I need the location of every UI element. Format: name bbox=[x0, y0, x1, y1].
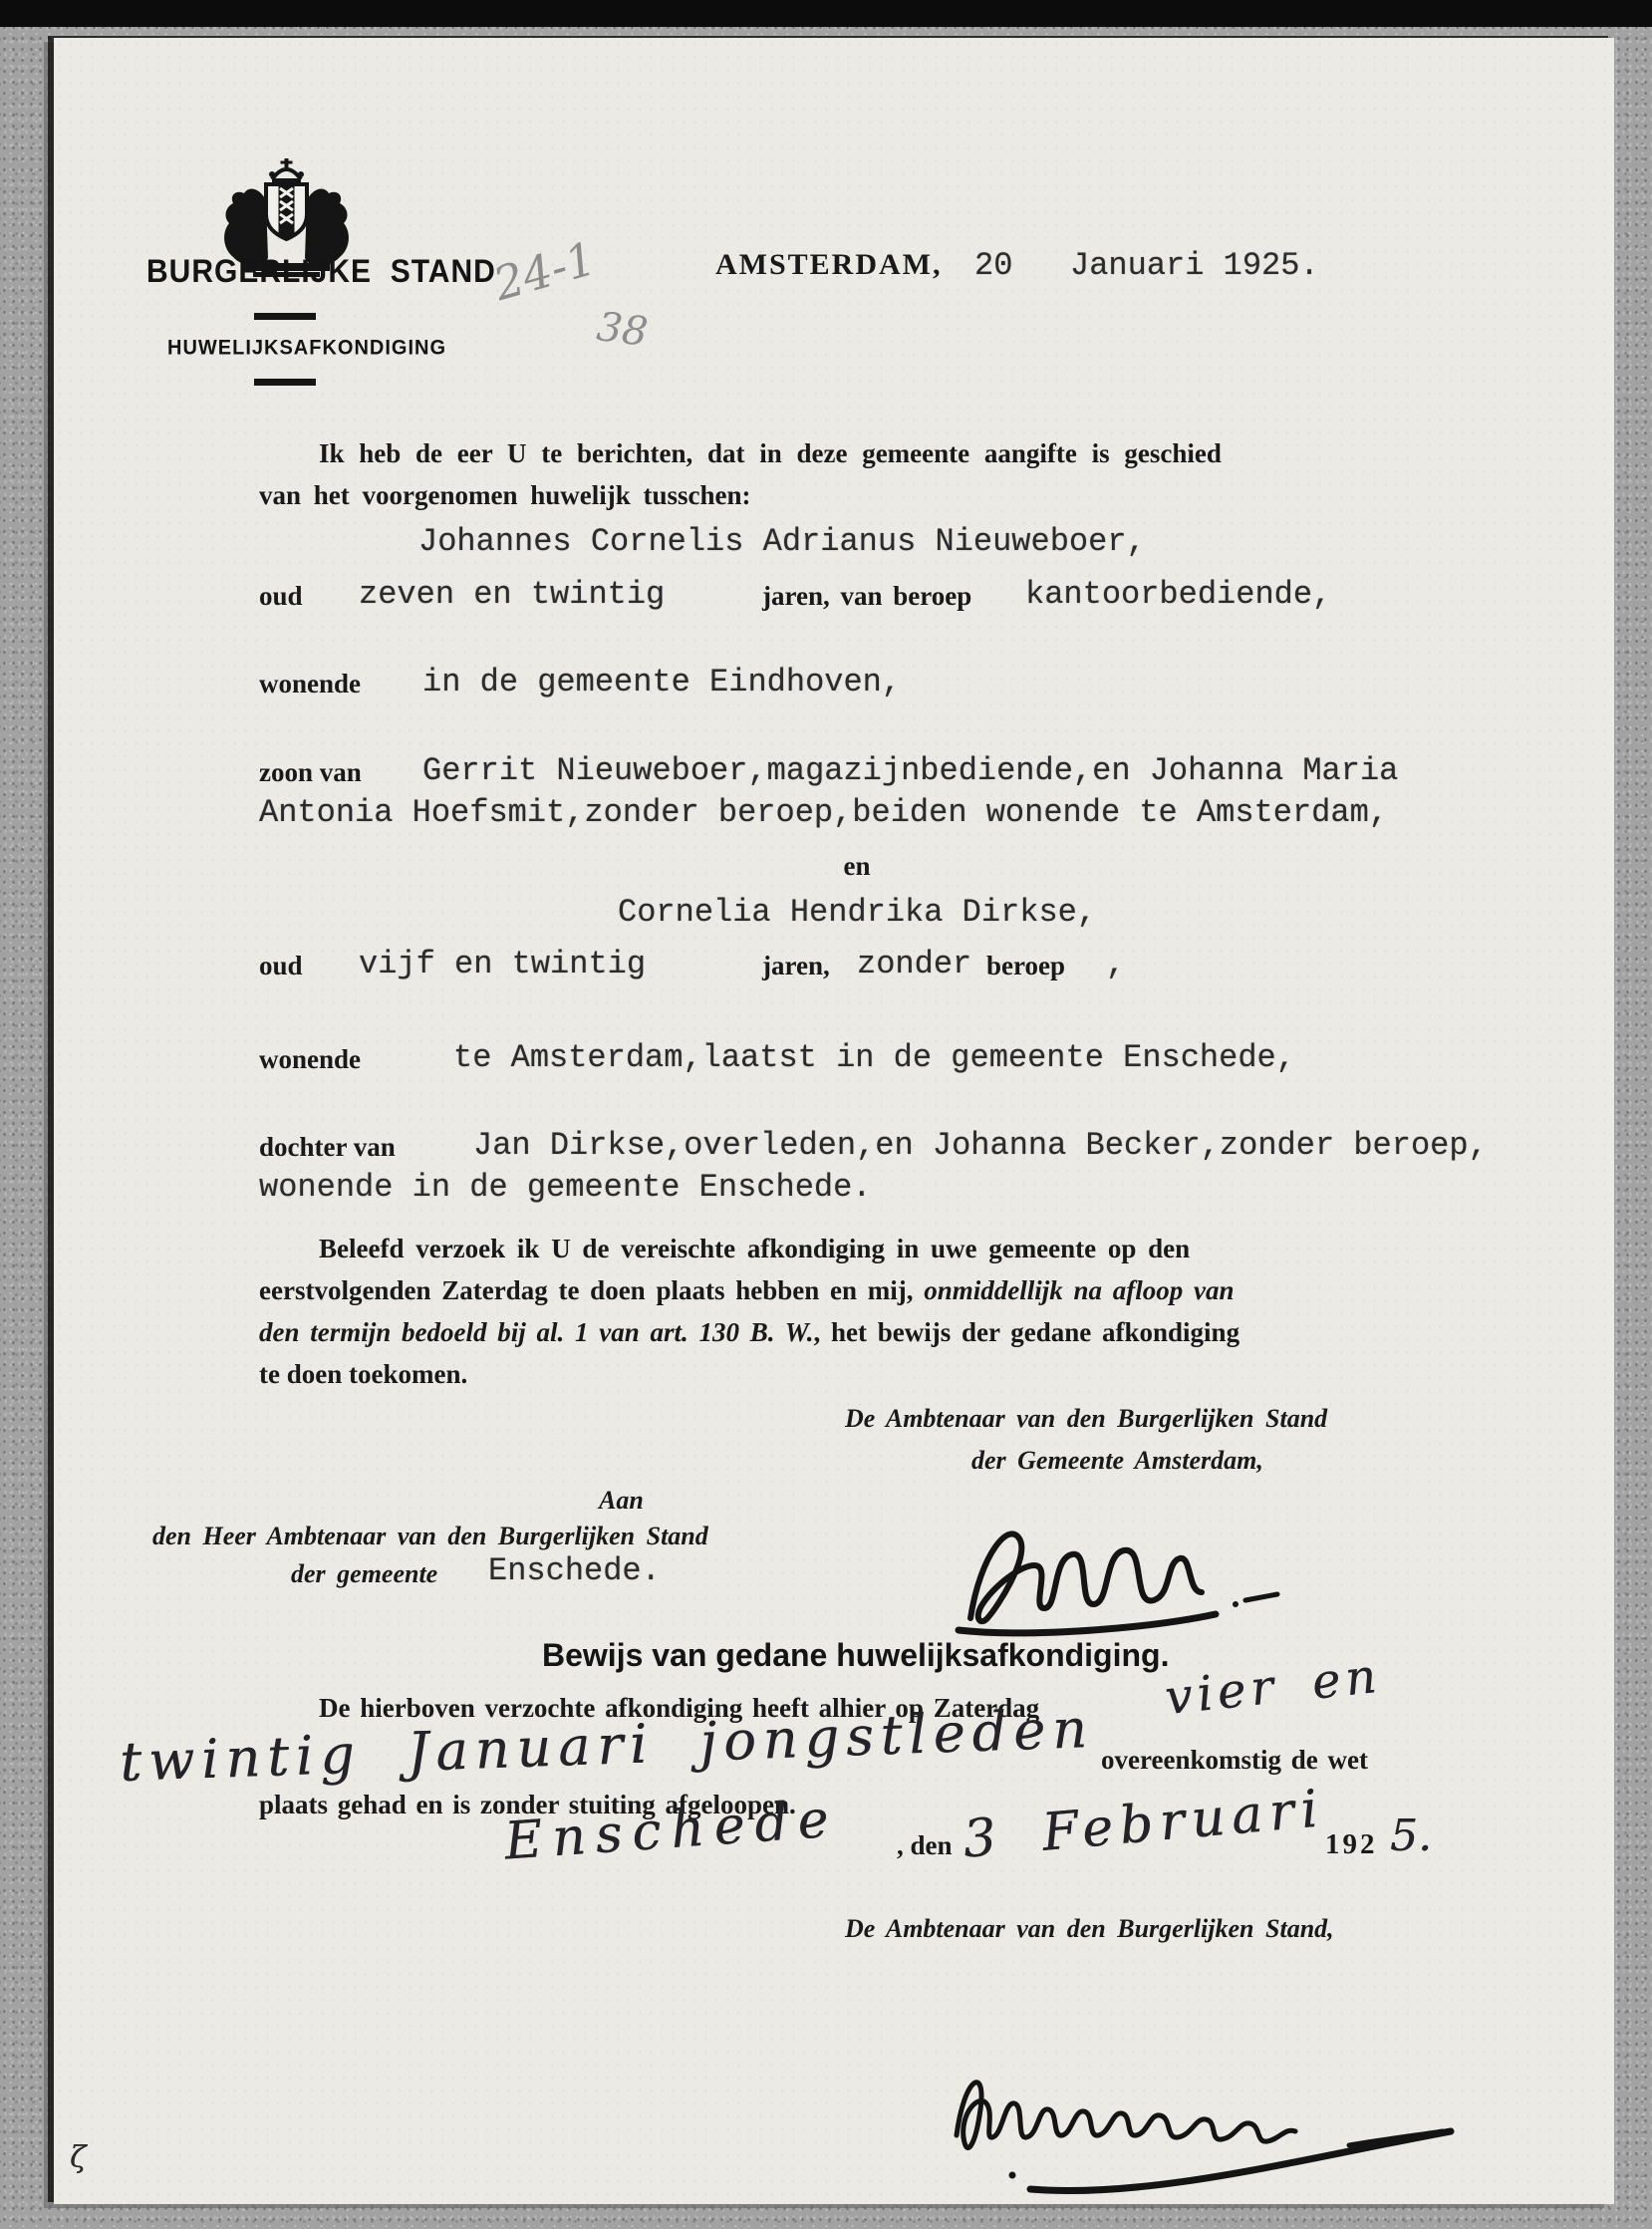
bride-name: Cornelia Hendrika Dirkse, bbox=[618, 896, 1096, 930]
label-jaren-2: jaren, bbox=[762, 952, 830, 979]
request-line-3: den termijn bedoeld bij al. 1 van art. 1… bbox=[259, 1318, 1239, 1346]
label-en: en bbox=[827, 852, 887, 880]
doc-type-title: HUWELIJKSAFKONDIGING bbox=[167, 337, 405, 360]
request-line-2-roman: eerstvolgenden Zaterdag te doen plaats h… bbox=[259, 1275, 924, 1305]
bride-occupation-typed: zonder bbox=[857, 948, 971, 981]
groom-parents-line-1: Gerrit Nieuweboer,magazijnbediende,en Jo… bbox=[422, 754, 1398, 788]
label-wonende-1: wonende bbox=[259, 670, 361, 697]
bride-residence: te Amsterdam,laatst in de gemeente Ensch… bbox=[453, 1041, 1295, 1075]
intro-line-1: Ik heb de eer U te berichten, dat in dez… bbox=[319, 439, 1222, 467]
groom-parents-line-2: Antonia Hoefsmit,zonder beroep,beiden wo… bbox=[259, 796, 1388, 830]
request-line-1: Beleefd verzoek ik U de vereischte afkon… bbox=[319, 1235, 1190, 1262]
proof-line-2: overeenkomstig de wet bbox=[1101, 1746, 1368, 1774]
enschede-official-line: De Ambtenaar van den Burgerlijken Stand, bbox=[845, 1915, 1334, 1942]
org-title: BURGERLIJKE STAND bbox=[146, 255, 425, 289]
masthead-rule-top bbox=[254, 313, 316, 320]
groom-age: zeven en twintig bbox=[359, 578, 665, 612]
label-wonende-2: wonende bbox=[259, 1045, 361, 1073]
label-jaren-beroep: jaren, van beroep bbox=[762, 582, 971, 610]
masthead-rule-bottom bbox=[254, 379, 316, 386]
corner-mark: ζ bbox=[70, 2142, 86, 2174]
label-den: , den bbox=[897, 1831, 953, 1859]
request-line-2: eerstvolgenden Zaterdag te doen plaats h… bbox=[259, 1276, 1235, 1304]
label-dochter-van: dochter van bbox=[259, 1133, 396, 1161]
intro-line-2: van het voorgenomen huwelijk tusschen: bbox=[259, 481, 751, 509]
request-line-3-italic: den termijn bedoeld bij al. 1 van art. 1… bbox=[259, 1317, 814, 1347]
groom-occupation: kantoorbediende, bbox=[1025, 578, 1331, 612]
request-line-3-roman: , het bewijs der gedane afkondiging bbox=[814, 1317, 1240, 1347]
groom-residence: in de gemeente Eindhoven, bbox=[422, 666, 901, 699]
scan-top-edge bbox=[0, 0, 1652, 27]
addressee-aan: Aan bbox=[599, 1487, 644, 1514]
bride-parents-line-1: Jan Dirkse,overleden,en Johanna Becker,z… bbox=[473, 1129, 1488, 1163]
handwritten-year-digit: 5. bbox=[1390, 1813, 1432, 1859]
enschede-official-signature bbox=[921, 2006, 1459, 2180]
bride-occupation-comma: , bbox=[1106, 948, 1125, 981]
proof-heading: Bewijs van gedane huwelijksafkondiging. bbox=[542, 1639, 1169, 1673]
scanned-document: BURGERLIJKE STAND HUWELIJKSAFKONDIGING 2… bbox=[0, 0, 1652, 2229]
document-page: BURGERLIJKE STAND HUWELIJKSAFKONDIGING 2… bbox=[54, 38, 1614, 2204]
pencil-annotation-a: 24-1 bbox=[488, 234, 601, 309]
addressee-label-der-gemeente: der gemeente bbox=[291, 1560, 437, 1587]
handwritten-date-part-2: twintig Januari jongstleden bbox=[119, 1701, 1094, 1792]
amsterdam-official-line-1: De Ambtenaar van den Burgerlijken Stand bbox=[845, 1405, 1327, 1432]
bride-age: vijf en twintig bbox=[359, 948, 646, 981]
place-dateline: AMSTERDAM, bbox=[715, 249, 943, 281]
handwritten-day-month: 3 Februari bbox=[961, 1782, 1326, 1867]
amsterdam-official-signature bbox=[941, 1465, 1299, 1614]
label-oud-2: oud bbox=[259, 952, 303, 979]
label-beroep: beroep bbox=[986, 952, 1065, 979]
addressee-line-1: den Heer Ambtenaar van den Burgerlijken … bbox=[152, 1523, 708, 1549]
printed-year: 192 bbox=[1325, 1829, 1378, 1859]
addressee-gemeente-typed: Enschede. bbox=[488, 1554, 661, 1588]
request-line-2-italic: onmiddellijk na afloop van bbox=[924, 1275, 1234, 1305]
amsterdam-coat-of-arms-icon bbox=[214, 125, 359, 246]
bride-parents-line-2: wonende in de gemeente Enschede. bbox=[259, 1171, 872, 1205]
pencil-annotation-b: 38 bbox=[595, 306, 651, 354]
request-line-4: te doen toekomen. bbox=[259, 1360, 467, 1388]
typed-date: 20 Januari 1925. bbox=[974, 249, 1319, 283]
label-zoon-van: zoon van bbox=[259, 758, 362, 786]
label-oud-1: oud bbox=[259, 582, 303, 610]
groom-name: Johannes Cornelis Adrianus Nieuweboer, bbox=[418, 525, 1146, 559]
